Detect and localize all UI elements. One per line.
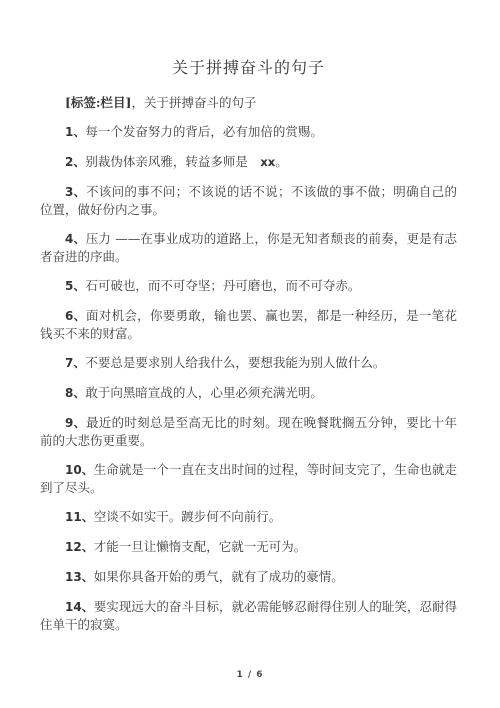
tag-label: [标签:栏目]: [65, 95, 131, 110]
item-text: 别裁伪体亲风雅，转益多师是: [85, 154, 260, 169]
item-number: 2、: [65, 155, 85, 169]
item-text: 压力 ——在事业成功的道路上，你是无知者颓丧的前奏，更是有志者奋进的序曲。: [40, 231, 457, 264]
item-number: 9、: [65, 416, 86, 430]
sentence-item: 7、不要总是要求别人给我什么，要想我能为别人做什么。: [40, 354, 457, 372]
item-text: 生命就是一个一直在支出时间的过程，等时间支完了，生命也就走到了尽头。: [40, 462, 457, 495]
item-number: 3、: [65, 185, 86, 199]
item-text: 要实现远大的奋斗目标，就必需能够忍耐得住别人的耻笑，忍耐得住单干的寂寞。: [40, 599, 457, 632]
sentence-item: 14、要实现远大的奋斗目标，就必需能够忍耐得住别人的耻笑，忍耐得住单干的寂寞。: [40, 598, 457, 633]
sentence-item: 9、最近的时刻总是至高无比的时刻。现在晚餐耽搁五分钟，要比十年前的大悲伤更重要。: [40, 414, 457, 449]
item-text: 不该问的事不问；不该说的话不说；不该做的事不做；明确自己的位置，做好份内之事。: [40, 184, 457, 217]
tag-rest: ，关于拼搏奋斗的句子: [131, 95, 256, 110]
sentence-item: 10、生命就是一个一直在支出时间的过程，等时间支完了，生命也就走到了尽头。: [40, 461, 457, 496]
item-text: 不要总是要求别人给我什么，要想我能为别人做什么。: [85, 355, 385, 370]
item-number: 14、: [65, 600, 94, 614]
item-number: 13、: [65, 570, 94, 584]
tag-line: [标签:栏目]，关于拼搏奋斗的句子: [40, 94, 457, 111]
item-number: 8、: [65, 386, 85, 400]
sentence-item: 13、如果你具备开始的勇气，就有了成功的豪情。: [40, 568, 457, 586]
page-title: 关于拼搏奋斗的句子: [40, 56, 457, 80]
item-number: 1、: [65, 125, 85, 139]
item-number: 12、: [65, 540, 94, 554]
page-number: 1 / 6: [0, 670, 500, 680]
sentence-item: 12、才能一旦让懒惰支配，它就一无可为。: [40, 538, 457, 556]
item-text: 敢于向黑暗宣战的人，心里必须充满光明。: [85, 385, 323, 400]
item-number: 4、: [65, 232, 86, 246]
item-text: 最近的时刻总是至高无比的时刻。现在晚餐耽搁五分钟，要比十年前的大悲伤更重要。: [40, 415, 457, 448]
item-number: 11、: [65, 510, 94, 524]
item-bold-text: xx: [260, 155, 275, 169]
item-number: 7、: [65, 356, 85, 370]
sentence-item: 3、不该问的事不问；不该说的话不说；不该做的事不做；明确自己的位置，做好份内之事…: [40, 183, 457, 218]
item-text: 面对机会，你要勇敢，输也罢、赢也罢，都是一种经历，是一笔花钱买不来的财富。: [40, 308, 457, 341]
item-text: 每一个发奋努力的背后，必有加倍的赏赐。: [85, 124, 323, 139]
document-content: 关于拼搏奋斗的句子 [标签:栏目]，关于拼搏奋斗的句子 1、每一个发奋努力的背后…: [0, 0, 500, 633]
item-text: 空谈不如实干。踱步何不向前行。: [94, 509, 282, 524]
sentence-item: 2、别裁伪体亲风雅，转益多师是 xx。: [40, 153, 457, 171]
item-text: 石可破也，而不可夺坚；丹可磨也，而不可夺赤。: [85, 278, 360, 293]
item-number: 6、: [65, 309, 86, 323]
sentence-list: 1、每一个发奋努力的背后，必有加倍的赏赐。 2、别裁伪体亲风雅，转益多师是 xx…: [40, 123, 457, 633]
item-number: 10、: [65, 463, 94, 477]
item-tail-text: 。: [275, 154, 288, 169]
document-page: 关于拼搏奋斗的句子 [标签:栏目]，关于拼搏奋斗的句子 1、每一个发奋努力的背后…: [0, 0, 500, 708]
sentence-item: 4、压力 ——在事业成功的道路上，你是无知者颓丧的前奏，更是有志者奋进的序曲。: [40, 230, 457, 265]
sentence-item: 1、每一个发奋努力的背后，必有加倍的赏赐。: [40, 123, 457, 141]
item-text: 才能一旦让懒惰支配，它就一无可为。: [94, 539, 307, 554]
item-number: 5、: [65, 279, 85, 293]
item-text: 如果你具备开始的勇气，就有了成功的豪情。: [94, 569, 344, 584]
sentence-item: 6、面对机会，你要勇敢，输也罢、赢也罢，都是一种经历，是一笔花钱买不来的财富。: [40, 307, 457, 342]
sentence-item: 11、空谈不如实干。踱步何不向前行。: [40, 508, 457, 526]
sentence-item: 5、石可破也，而不可夺坚；丹可磨也，而不可夺赤。: [40, 277, 457, 295]
sentence-item: 8、敢于向黑暗宣战的人，心里必须充满光明。: [40, 384, 457, 402]
